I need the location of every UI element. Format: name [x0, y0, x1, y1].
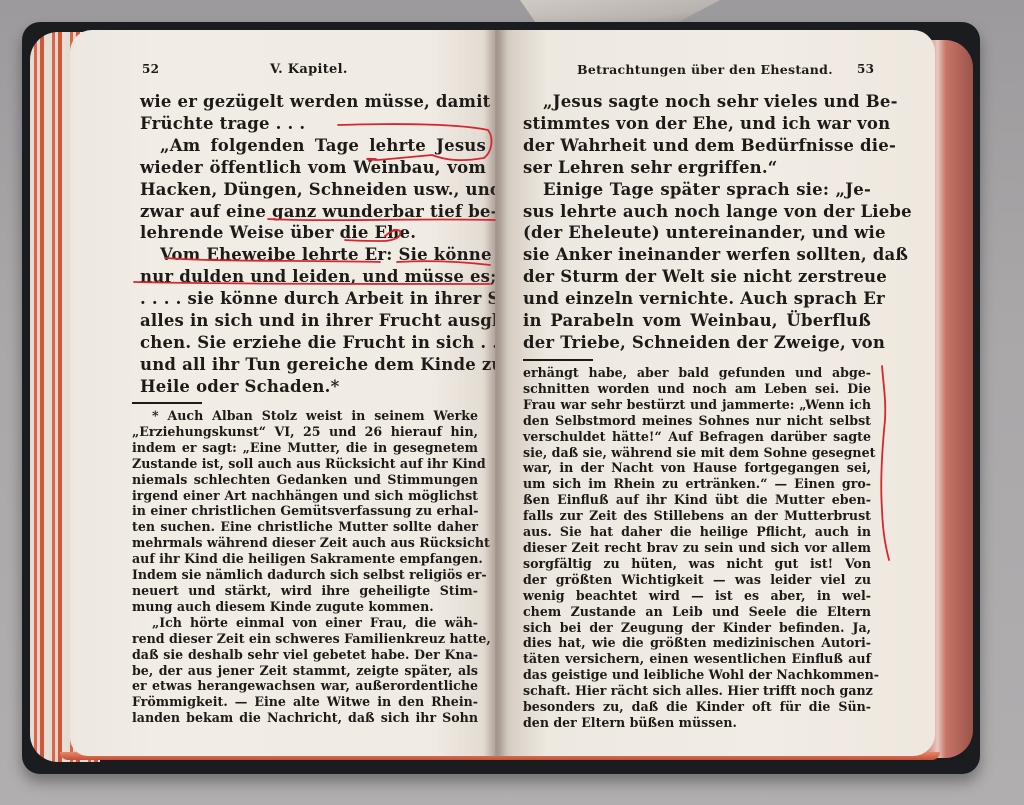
- footnote-line: mehrmals während dieser Zeit auch aus Rü…: [132, 535, 478, 551]
- left-body-text: wie er gezügelt werden müsse, damit er F…: [140, 91, 486, 398]
- running-head-left: V. Kapitel.: [270, 62, 348, 77]
- text-line: wie er gezügelt werden müsse, damit er: [140, 91, 486, 113]
- footnote-line: er etwas herangewachsen war, außerordent…: [132, 678, 478, 694]
- footnote-line: wenig beachtet wird — ist es aber, in we…: [523, 588, 871, 604]
- footnote-line: war, in der Nacht von Hause fortgegangen…: [523, 460, 871, 476]
- footnote-line: besonders zu, daß die Kinder oft für die…: [523, 699, 871, 715]
- text-line: und einzeln vernichte. Auch sprach Er: [523, 288, 871, 310]
- text-line: alles in sich und in ihrer Frucht ausgle…: [140, 310, 486, 332]
- footnote-line: Frau war sehr bestürzt und jammerte: „We…: [523, 397, 871, 413]
- text-line: und all ihr Tun gereiche dem Kinde zum: [140, 354, 486, 376]
- text-line: sie Anker ineinander werfen sollten, daß: [523, 244, 871, 266]
- footnote-line: daß sie deshalb sehr viel gebetet habe. …: [132, 647, 478, 663]
- footnote-line: indem er sagt: „Eine Mutter, die in gese…: [132, 440, 478, 456]
- text-line: der Triebe, Schneiden der Zweige, von: [523, 332, 871, 354]
- left-page: 52 V. Kapitel. wie er gezügelt werden mü…: [70, 30, 495, 756]
- footnote-line: landen bekam die Nachricht, daß sich ihr…: [132, 710, 478, 726]
- footnote-line: dieser Zeit recht brav zu sein und sich …: [523, 540, 871, 556]
- footnote-line: aus. Sie hat daher die heilige Pflicht, …: [523, 524, 871, 540]
- text-line: Hacken, Düngen, Schneiden usw., und: [140, 179, 486, 201]
- footnote-line: ten suchen. Eine christliche Mutter soll…: [132, 519, 478, 535]
- text-line: zwar auf eine ganz wunderbar tief be-: [140, 201, 486, 223]
- text-line: nur dulden und leiden, und müsse es;: [140, 266, 486, 288]
- text-line: . . . . sie könne durch Arbeit in ihrer …: [140, 288, 486, 310]
- running-head-right: Betrachtungen über den Ehestand.: [577, 62, 833, 77]
- text-line: der Wahrheit und dem Bedürfnisse die-: [523, 135, 871, 157]
- text-line: der Sturm der Welt sie nicht zerstreue: [523, 266, 871, 288]
- text-line: wieder öffentlich vom Weinbau, vom: [140, 157, 486, 179]
- footnote-line: „Ich hörte einmal von einer Frau, die wä…: [132, 615, 478, 631]
- text-line: sus lehrte auch noch lange von der Liebe: [523, 201, 871, 223]
- text-line: ser Lehren sehr ergriffen.“: [523, 157, 871, 179]
- footnote-line: mung auch diesem Kinde zugute kommen.: [132, 599, 478, 615]
- text-line: Einige Tage später sprach sie: „Je-: [523, 179, 871, 201]
- footnote-line: „Erziehungskunst“ VI, 25 und 26 hierauf …: [132, 424, 478, 440]
- footnote-line: rend dieser Zeit ein schweres Familienkr…: [132, 631, 478, 647]
- footnote-line: Frömmigkeit. — Eine alte Witwe in den Rh…: [132, 694, 478, 710]
- text-line: Früchte trage . . .: [140, 113, 486, 135]
- footnote-rule: [132, 402, 202, 404]
- text-line: Heile oder Schaden.*: [140, 376, 486, 398]
- footnote-line: niemals schlechten Gedanken und Stimmung…: [132, 472, 478, 488]
- footnote-line: den der Eltern büßen müssen.: [523, 715, 871, 731]
- footnote-line: chem Zustande an Leib und Seele die Elte…: [523, 604, 871, 620]
- text-line: Vom Eheweibe lehrte Er: Sie könne: [140, 244, 486, 266]
- text-line: „Am folgenden Tage lehrte Jesus: [140, 135, 486, 157]
- footnote-line: falls zur Zeit des Stillebens an der Mut…: [523, 508, 871, 524]
- footnote-line: * Auch Alban Stolz weist in seinem Werke: [132, 408, 478, 424]
- footnote-line: irgend einer Art nachhängen und sich mög…: [132, 488, 478, 504]
- text-line: in Parabeln vom Weinbau, Überfluß: [523, 310, 871, 332]
- footnote-line: sich bei der Zeugung der Kinder befinden…: [523, 620, 871, 636]
- footnote-line: sie, daß sie, während sie mit dem Sohne …: [523, 445, 871, 461]
- footnote-line: be, der aus jener Zeit stammt, zeigte sp…: [132, 663, 478, 679]
- footnote-line: auf ihr Kind die heiligen Sakramente emp…: [132, 551, 478, 567]
- footnote-line: schaft. Hier rächt sich alles. Hier trif…: [523, 683, 871, 699]
- footnote-line: Zustande ist, soll auch aus Rücksicht au…: [132, 456, 478, 472]
- text-line: lehrende Weise über die Ehe.: [140, 222, 486, 244]
- right-body-text: „Jesus sagte noch sehr vieles und Be- st…: [523, 91, 871, 354]
- text-line: (der Eheleute) untereinander, und wie: [523, 222, 871, 244]
- footnote-line: das geistige und leibliche Wohl der Nach…: [523, 667, 871, 683]
- text-line: „Jesus sagte noch sehr vieles und Be-: [523, 91, 871, 113]
- left-footnote: * Auch Alban Stolz weist in seinem Werke…: [132, 408, 478, 726]
- footnote-line: neuert und stärkt, wird ihre geheiligte …: [132, 583, 478, 599]
- footnote-line: erhängt habe, aber bald gefunden und abg…: [523, 365, 871, 381]
- right-page: Betrachtungen über den Ehestand. 53 „Jes…: [495, 30, 935, 756]
- page-number-left: 52: [142, 62, 159, 76]
- footnote-rule: [523, 359, 593, 361]
- footnote-line: täten versichern, einen wesentlichen Ein…: [523, 651, 871, 667]
- right-footnote: erhängt habe, aber bald gefunden und abg…: [523, 365, 871, 731]
- text-line: stimmtes von der Ehe, und ich war von: [523, 113, 871, 135]
- text-line: chen. Sie erziehe die Frucht in sich . .…: [140, 332, 486, 354]
- footnote-line: in einer christlichen Gemütsverfassung z…: [132, 503, 478, 519]
- footnote-line: dies hat, wie die größten medizinischen …: [523, 635, 871, 651]
- footnote-line: Indem sie nämlich dadurch sich selbst re…: [132, 567, 478, 583]
- footnote-line: um sich im Rhein zu ertränken.“ — Einen …: [523, 476, 871, 492]
- footnote-line: der größten Wichtigkeit — was leider vie…: [523, 572, 871, 588]
- footnote-line: sorgfältig zu hüten, was nicht gut ist! …: [523, 556, 871, 572]
- footnote-line: ßen Einfluß auf ihr Kind übt die Mutter …: [523, 492, 871, 508]
- footnote-line: den Selbstmord meines Sohnes nur nicht s…: [523, 413, 871, 429]
- page-number-right: 53: [857, 62, 874, 76]
- footnote-line: schnitten worden und noch am Leben sei. …: [523, 381, 871, 397]
- footnote-line: verschuldet hätte!“ Auf Befragen darüber…: [523, 429, 871, 445]
- book-gutter: [485, 30, 507, 756]
